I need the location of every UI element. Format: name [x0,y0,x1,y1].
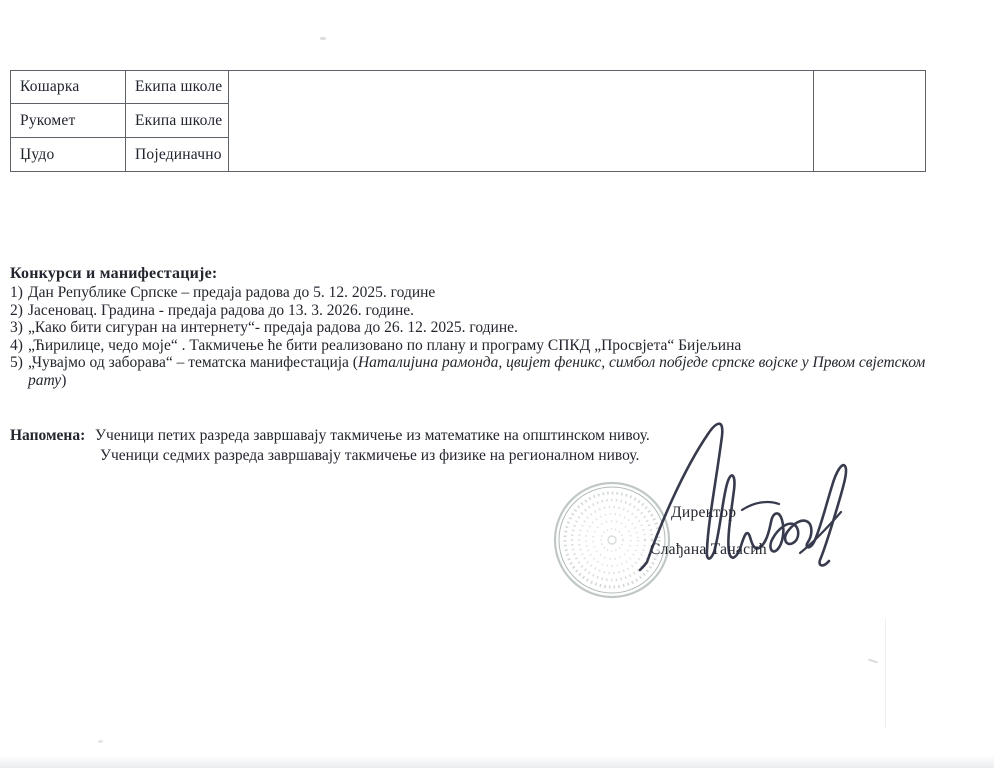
scan-speck [320,37,326,40]
table-cell-type: Екипа школе [126,104,229,138]
competitions-section: Конкурси и манифестације: 1)Дан Републик… [10,264,976,390]
item-text: „Ћирилице, чедо моје“ . Такмичење ће бит… [28,337,741,354]
item-text: Јасеновац. Градина - предаја радова до 1… [28,302,414,319]
list-item: 4)„Ћирилице, чедо моје“ . Такмичење ће б… [10,337,976,355]
item-text-italic: рату [28,372,61,389]
item-number: 4) [10,337,28,355]
sports-table: Кошарка Екипа школе Рукомет Екипа школе … [10,70,926,172]
scan-speck [868,659,878,664]
scan-fold-line [885,618,886,728]
table-cell-empty-right [814,71,925,171]
scan-speck [98,740,103,743]
note-line: Ученици петих разреда завршавају такмиче… [95,426,650,446]
item-text: „Како бити сигуран на интернету“- предај… [28,319,518,336]
table-cell-empty-wide [229,71,814,171]
item-text: ) [61,372,66,389]
table-cell-type: Појединачно [126,138,229,171]
competitions-heading: Конкурси и манифестације: [10,264,976,284]
page-bottom-edge [0,755,994,768]
item-number: 2) [10,302,28,320]
sport-label: Рукомет [20,112,75,130]
type-label: Екипа школе [135,112,222,130]
item-text: „Чувајмо од заборава“ – тематска манифес… [28,354,358,371]
type-label: Појединачно [135,146,222,164]
list-item-continuation: рату) [10,372,976,390]
type-label: Екипа школе [135,78,222,96]
sport-label: Џудо [20,146,54,164]
handwritten-signature-icon [630,410,860,575]
list-item: 3)„Како бити сигуран на интернету“- пред… [10,319,976,337]
table-cell-type: Екипа школе [126,71,229,104]
list-item: 1)Дан Републике Српске – предаја радова … [10,284,976,302]
note-label: Напомена: [10,426,95,465]
note-lines: Ученици петих разреда завршавају такмиче… [95,426,650,465]
sport-label: Кошарка [20,78,79,96]
item-number: 5) [10,354,28,372]
table-cell-sport: Рукомет [11,104,126,138]
table-cell-sport: Џудо [11,138,126,171]
list-item: 5)„Чувајмо од заборава“ – тематска маниф… [10,354,976,372]
scanned-document-page: Кошарка Екипа школе Рукомет Екипа школе … [0,0,994,768]
item-number: 3) [10,319,28,337]
note-section: Напомена: Ученици петих разреда завршава… [10,426,650,465]
item-text: Дан Републике Српске – предаја радова до… [28,284,435,301]
list-item: 2)Јасеновац. Градина - предаја радова до… [10,302,976,320]
table-cell-sport: Кошарка [11,71,126,104]
note-line: Ученици седмих разреда завршавају такмич… [95,446,650,466]
item-text-italic: Наталијина рамонда, цвијет феникс, симбо… [358,354,925,371]
item-number: 1) [10,284,28,302]
